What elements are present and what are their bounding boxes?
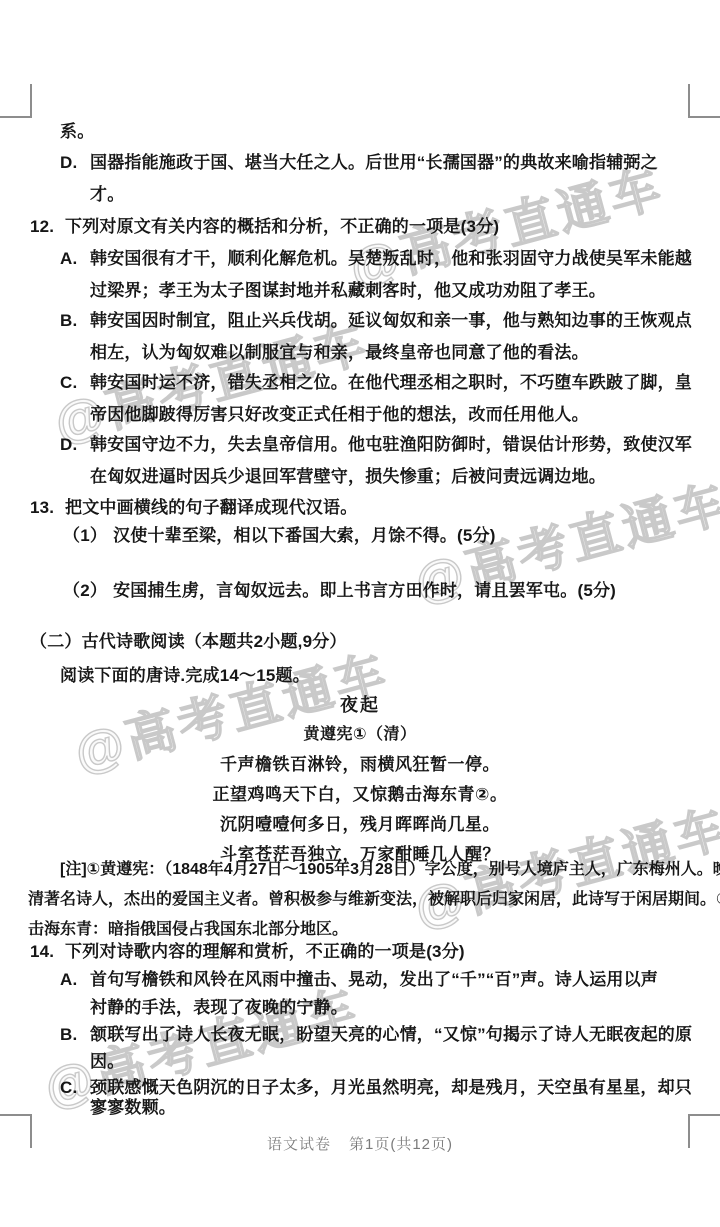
option-line: C.韩安国时运不济，错失丞相之位。在他代理丞相之职时，不巧堕车跌跛了脚，皇 bbox=[60, 371, 692, 395]
option-label: C. bbox=[60, 1076, 90, 1100]
option-line: B.颔联写出了诗人长夜无眠，盼望天亮的心情，“又惊”句揭示了诗人无眠夜起的原 bbox=[60, 1023, 692, 1047]
question-stem-text: 下列对诗歌内容的理解和赏析，不正确的一项是(3分) bbox=[65, 942, 465, 961]
option-label: A. bbox=[60, 968, 90, 992]
section-intro: 阅读下面的唐诗.完成14～15题。 bbox=[60, 664, 310, 688]
option-line: 在匈奴进逼时因兵少退回军营壁守，损失惨重；后被问责远调边地。 bbox=[90, 465, 606, 489]
question-number: 13. bbox=[30, 496, 65, 520]
question-stem-text: 下列对原文有关内容的概括和分析，不正确的一项是(3分) bbox=[65, 217, 499, 236]
option-text: 颔联写出了诗人长夜无眠，盼望天亮的心情，“又惊”句揭示了诗人无眠夜起的原 bbox=[90, 1025, 692, 1044]
option-label: B. bbox=[60, 1023, 90, 1047]
poem-author: 黄遵宪①（清） bbox=[0, 723, 720, 747]
option-text: 国器指能施政于国、堪当大任之人。后世用“长孺国器”的典故来喻指辅弼之 bbox=[90, 153, 658, 172]
question-12-stem: 12.下列对原文有关内容的概括和分析，不正确的一项是(3分) bbox=[30, 215, 499, 239]
option-text: 韩安国时运不济，错失丞相之位。在他代理丞相之职时，不巧堕车跌跛了脚，皇 bbox=[90, 373, 692, 392]
option-line: 才。 bbox=[90, 183, 124, 207]
option-line: B.韩安国因时制宜，阻止兴兵伐胡。延议匈奴和亲一事，他与熟知边事的王恢观点 bbox=[60, 309, 692, 333]
question-14-stem: 14.下列对诗歌内容的理解和赏析，不正确的一项是(3分) bbox=[30, 940, 465, 964]
option-line: A.首句写檐铁和风铃在风雨中撞击、晃动，发出了“千”“百”声。诗人运用以声 bbox=[60, 968, 658, 992]
option-label: D. bbox=[60, 433, 90, 457]
poem-note-line: 清著名诗人，杰出的爱国主义者。曾积极参与维新变法，被解职后归家闲居，此诗写于闲居… bbox=[28, 888, 720, 912]
option-line: D.韩安国守边不力，失去皇帝信用。他屯驻渔阳防御时，错误估计形势，致使汉军 bbox=[60, 433, 692, 457]
option-text: 首句写檐铁和风铃在风雨中撞击、晃动，发出了“千”“百”声。诗人运用以声 bbox=[90, 970, 658, 989]
option-text: 韩安国很有才干，顺利化解危机。吴楚叛乱时，他和张羽固守力战使吴军未能越 bbox=[90, 249, 692, 268]
translation-item-2: （2）安国捕生虏，言匈奴远去。即上书言方田作时，请且罢军屯。(5分) bbox=[63, 579, 616, 603]
part-label: （2） bbox=[63, 579, 107, 603]
option-label: A. bbox=[60, 247, 90, 271]
question-number: 12. bbox=[30, 215, 65, 239]
option-text: 韩安国守边不力，失去皇帝信用。他屯驻渔阳防御时，错误估计形势，致使汉军 bbox=[90, 435, 692, 454]
part-label: （1） bbox=[63, 524, 107, 548]
poem-title: 夜起 bbox=[0, 693, 720, 717]
option-line: 帝因他脚跛得厉害只好改变正式任相于他的想法，改而任用他人。 bbox=[90, 403, 589, 427]
option-line: 衬静的手法，表现了夜晚的宁静。 bbox=[90, 996, 348, 1020]
option-label: C. bbox=[60, 371, 90, 395]
option-line: D.国器指能施政于国、堪当大任之人。后世用“长孺国器”的典故来喻指辅弼之 bbox=[60, 151, 658, 175]
poem-note-line: 击海东青：暗指俄国侵占我国东北部分地区。 bbox=[28, 918, 348, 942]
exam-paper-page: @高考直通车 @高考直通车 @高考直通车 @高考直通车 @高考直通车 @高考直通… bbox=[0, 0, 720, 1227]
part-text: 汉使十辈至梁，相以下番国大索，月馀不得。(5分) bbox=[113, 526, 496, 545]
page-footer: 语文试卷第1页(共12页) bbox=[0, 1133, 720, 1154]
option-label: D. bbox=[60, 151, 90, 175]
question-stem-text: 把文中画横线的句子翻译成现代汉语。 bbox=[65, 498, 357, 517]
question-13-stem: 13.把文中画横线的句子翻译成现代汉语。 bbox=[30, 496, 357, 520]
question-number: 14. bbox=[30, 940, 65, 964]
option-line: 因。 bbox=[90, 1050, 124, 1074]
option-text: 韩安国因时制宜，阻止兴兵伐胡。延议匈奴和亲一事，他与熟知边事的王恢观点 bbox=[90, 311, 692, 330]
part-text: 安国捕生虏，言匈奴远去。即上书言方田作时，请且罢军屯。(5分) bbox=[113, 581, 616, 600]
translation-item-1: （1）汉使十辈至梁，相以下番国大索，月馀不得。(5分) bbox=[63, 524, 496, 548]
section-heading: （二）古代诗歌阅读（本题共2小题,9分） bbox=[30, 630, 347, 654]
poem-line: 千声檐铁百淋铃，雨横风狂暂一停。 bbox=[0, 753, 720, 777]
option-line: 过梁界；孝王为太子图谋封地并私藏刺客时，他又成功劝阻了孝王。 bbox=[90, 279, 606, 303]
poem-line: 正望鸡鸣天下白，又惊鹅击海东青②。 bbox=[0, 783, 720, 807]
carryover-text: 系。 bbox=[60, 120, 94, 144]
crop-mark-top-right bbox=[688, 84, 720, 118]
crop-mark-top-left bbox=[0, 84, 32, 118]
poem-line: 沉阴噎噎何多日，残月晖晖尚几星。 bbox=[0, 813, 720, 837]
poem-note-line: [注]①黄遵宪：（1848年4月27日～1905年3月28日）字公度，别号人境庐… bbox=[60, 858, 720, 882]
footer-page-number: 第1页(共12页) bbox=[349, 1136, 453, 1153]
option-text: 颈联感慨天色阴沉的日子太多，月光虽然明亮，却是残月，天空虽有星星，却只 bbox=[90, 1078, 692, 1097]
option-label: B. bbox=[60, 309, 90, 333]
footer-paper-title: 语文试卷 bbox=[267, 1136, 331, 1153]
option-line: A.韩安国很有才干，顺利化解危机。吴楚叛乱时，他和张羽固守力战使吴军未能越 bbox=[60, 247, 692, 271]
option-line: 寥寥数颗。 bbox=[90, 1096, 176, 1120]
option-line: 相左，认为匈奴难以制服宜与和亲，最终皇帝也同意了他的看法。 bbox=[90, 341, 589, 365]
